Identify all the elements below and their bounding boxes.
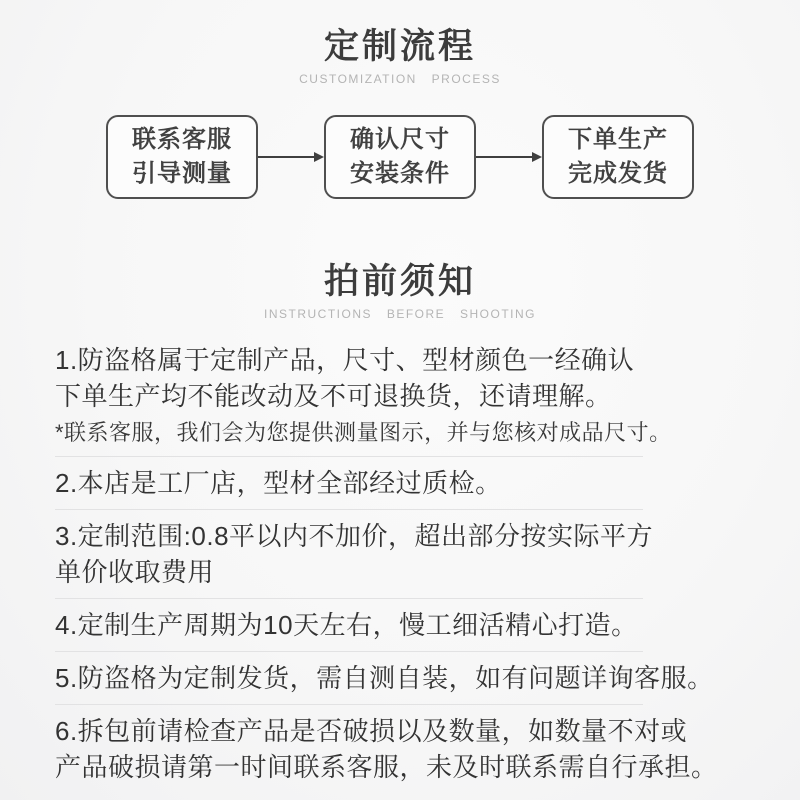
- notice-item-6: 6.拆包前请检查产品是否破损以及数量，如数量不对或 产品破损请第一时间联系客服，…: [55, 705, 760, 793]
- notice-item-text: 3.定制范围:0.8平以内不加价，超出部分按实际平方 单价收取费用: [55, 518, 760, 590]
- flow-arrow-icon: [476, 152, 542, 162]
- arrow-shaft: [476, 156, 532, 158]
- flow-arrow-icon: [258, 152, 324, 162]
- arrow-shaft: [258, 156, 314, 158]
- process-flow: 联系客服 引导测量 确认尺寸 安装条件 下单生产 完成发货: [0, 115, 800, 199]
- notice-section-header: 拍前须知 INSTRUCTIONS BEFORE SHOOTING: [0, 261, 800, 322]
- notice-item-text: 6.拆包前请检查产品是否破损以及数量，如数量不对或 产品破损请第一时间联系客服，…: [55, 713, 760, 785]
- notice-item-3: 3.定制范围:0.8平以内不加价，超出部分按实际平方 单价收取费用: [55, 510, 760, 598]
- process-subtitle: CUSTOMIZATION PROCESS: [0, 71, 800, 87]
- notice-subtitle: INSTRUCTIONS BEFORE SHOOTING: [0, 306, 800, 322]
- notice-list: 1.防盗格属于定制产品，尺寸、型材颜色一经确认 下单生产均不能改动及不可退换货，…: [0, 334, 800, 793]
- notice-item-2: 2.本店是工厂店，型材全部经过质检。: [55, 457, 760, 509]
- notice-item-note: *联系客服，我们会为您提供测量图示，并与您核对成品尺寸。: [55, 418, 760, 448]
- notice-item-5: 5.防盗格为定制发货，需自测自装，如有问题详询客服。: [55, 652, 760, 704]
- notice-item-4: 4.定制生产周期为10天左右，慢工细活精心打造。: [55, 599, 760, 651]
- notice-item-text: 1.防盗格属于定制产品，尺寸、型材颜色一经确认 下单生产均不能改动及不可退换货，…: [55, 342, 760, 414]
- arrow-head: [314, 152, 324, 162]
- notice-item-text: 2.本店是工厂店，型材全部经过质检。: [55, 465, 760, 501]
- notice-title: 拍前须知: [0, 261, 800, 303]
- flow-step-confirm: 确认尺寸 安装条件: [324, 115, 476, 199]
- product-detail-page: 定制流程 CUSTOMIZATION PROCESS 联系客服 引导测量 确认尺…: [0, 0, 800, 800]
- flow-step-ship: 下单生产 完成发货: [542, 115, 694, 199]
- process-section-header: 定制流程 CUSTOMIZATION PROCESS: [0, 26, 800, 87]
- notice-item-text: 5.防盗格为定制发货，需自测自装，如有问题详询客服。: [55, 660, 760, 696]
- notice-item-1: 1.防盗格属于定制产品，尺寸、型材颜色一经确认 下单生产均不能改动及不可退换货，…: [55, 334, 760, 456]
- process-title: 定制流程: [0, 26, 800, 68]
- arrow-head: [532, 152, 542, 162]
- flow-step-contact: 联系客服 引导测量: [106, 115, 258, 199]
- notice-item-text: 4.定制生产周期为10天左右，慢工细活精心打造。: [55, 607, 760, 643]
